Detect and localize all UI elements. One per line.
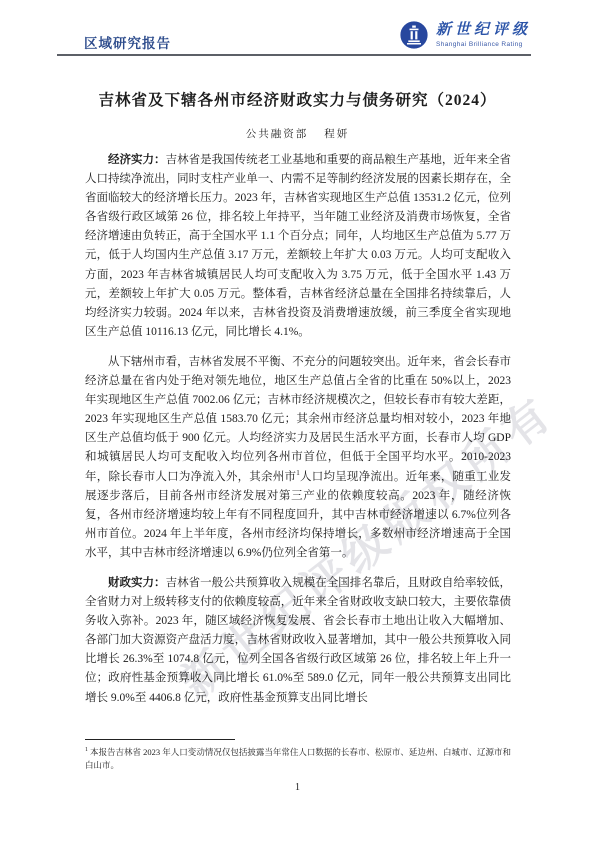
document-title: 吉林省及下辖各州市经济财政实力与债务研究（2024） [0,88,595,110]
brand-name-cn: 新世纪评级 [436,22,531,39]
byline: 公共融资部程妍 [0,126,595,141]
paragraph-text-economic: 吉林省是我国传统老工业基地和重要的商品粮生产基地，近年来全省人口持续净流出，同时… [85,154,511,338]
footnote-area: 1本报告吉林省 2023 年人口变动情况仅包括披露当年常住人口数据的长春市、松原… [85,739,511,772]
footnote-text: 1本报告吉林省 2023 年人口变动情况仅包括披露当年常住人口数据的长春市、松原… [85,744,511,772]
paragraph-lead-economic: 经济实力： [108,154,166,166]
brand-text-group: 新世纪评级 Shanghai Brilliance Rating [436,22,531,48]
document-page: 新世纪评级版权所有 区域研究报告 新世纪评级 Shanghai Brillian… [0,0,595,841]
paragraph-lead-fiscal: 财政实力： [108,577,166,589]
paragraph-text-prefecture-a: 从下辖州市看，吉林省发展不平衡、不充分的问题较突出。近年来，省会长春市经济总量在… [85,356,511,483]
page-number: 1 [0,782,595,793]
brand-emblem-icon [399,20,429,50]
paragraph-prefecture-comparison: 从下辖州市看，吉林省发展不平衡、不充分的问题较突出。近年来，省会长春市经济总量在… [85,353,511,563]
footnote-marker: 1 [85,747,88,753]
body-content: 经济实力：吉林省是我国传统老工业基地和重要的商品粮生产基地，近年来全省人口持续净… [85,151,511,719]
byline-department: 公共融资部 [246,129,309,140]
footnote-body: 本报告吉林省 2023 年人口变动情况仅包括披露当年常住人口数据的长春市、松原市… [85,747,511,770]
paragraph-text-fiscal: 吉林省一般公共预算收入规模在全国排名靠后，且财政自给率较低，全省财力对上级转移支… [85,577,511,704]
paragraph-economic-strength: 经济实力：吉林省是我国传统老工业基地和重要的商品粮生产基地，近年来全省人口持续净… [85,151,511,342]
page-header: 区域研究报告 新世纪评级 Shanghai Brilliance Rating [57,20,531,56]
paragraph-text-prefecture-b: 人口均呈现净流出。近年来，随重工业发展逐步落后，目前各州市经济发展对第三产业的依… [85,471,511,559]
byline-author: 程妍 [324,129,349,140]
footnote-separator [85,739,235,740]
brand-name-en: Shanghai Brilliance Rating [436,41,531,48]
paragraph-fiscal-strength: 财政实力：吉林省一般公共预算收入规模在全国排名靠后，且财政自给率较低，全省财力对… [85,574,511,708]
brand-logo: 新世纪评级 Shanghai Brilliance Rating [399,20,531,54]
report-type-label: 区域研究报告 [57,32,171,54]
